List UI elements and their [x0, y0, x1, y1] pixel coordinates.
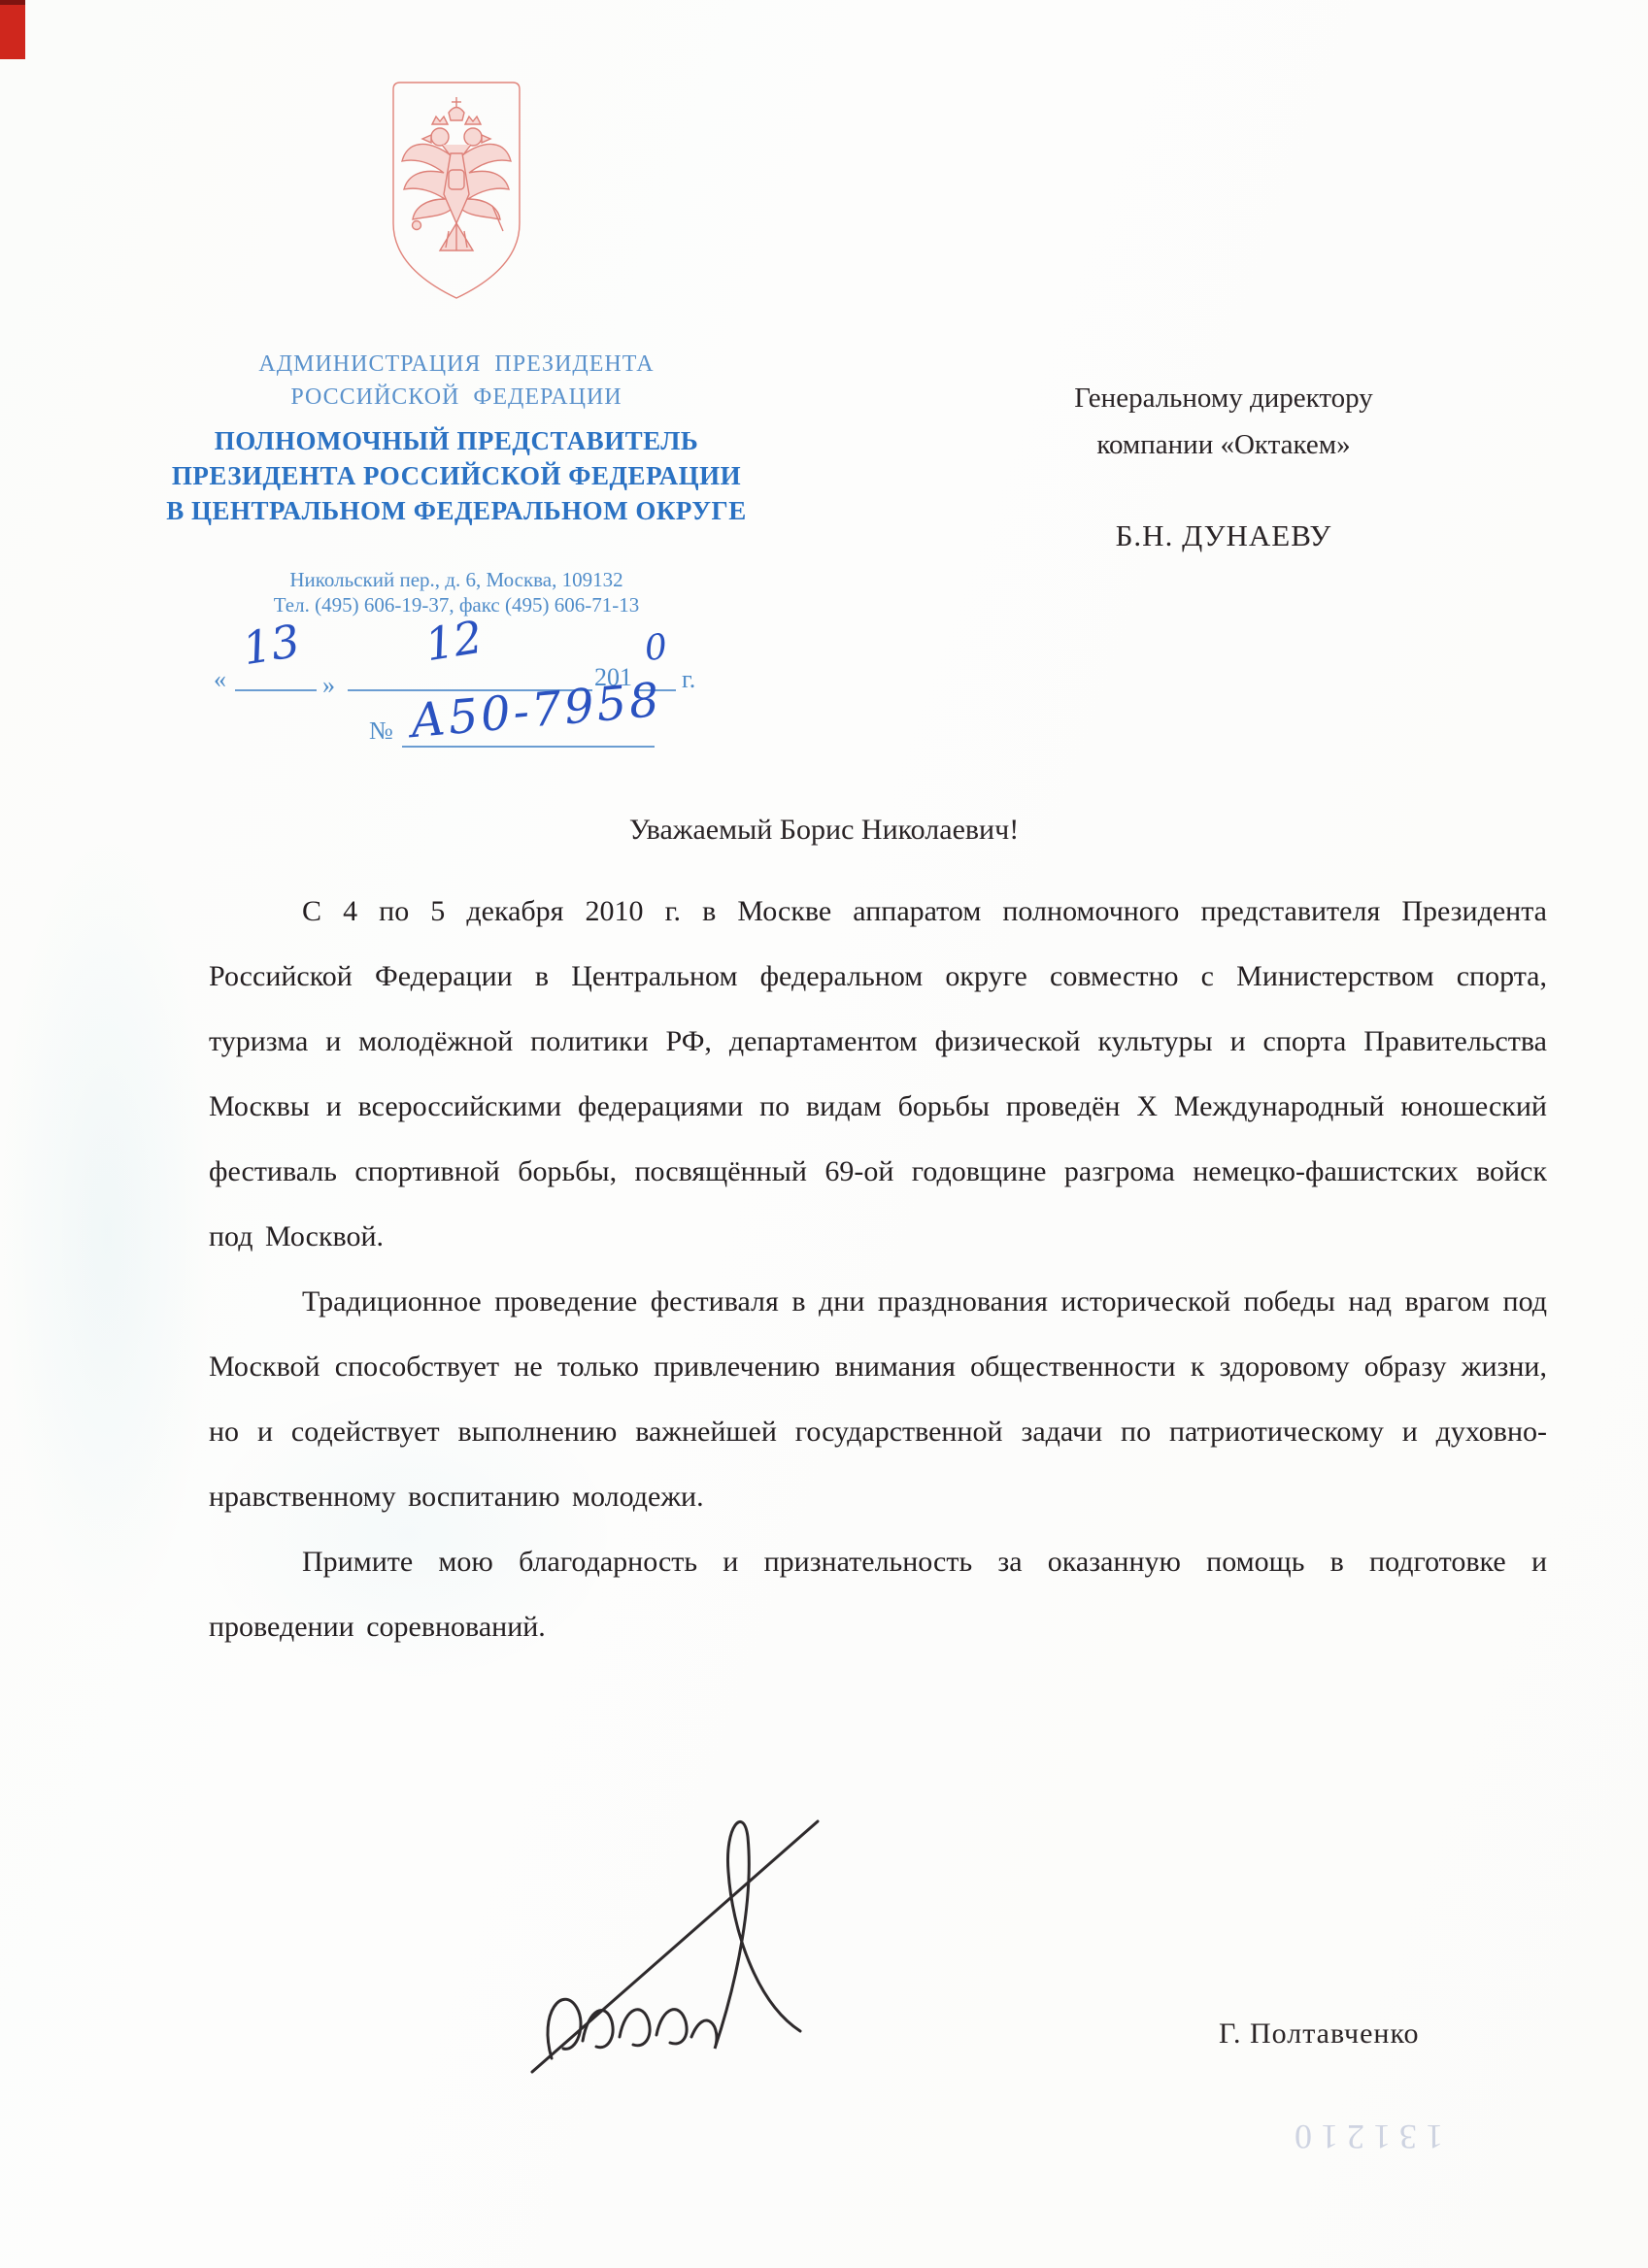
- office-title-line2: ПРЕЗИДЕНТА РОССИЙСКОЙ ФЕДЕРАЦИИ: [146, 458, 767, 493]
- number-line: № А50-7958: [146, 701, 728, 769]
- stamp-number: 131210: [1258, 2117, 1471, 2157]
- org-name-line1: АДМИНИСТРАЦИЯ ПРЕЗИДЕНТА: [146, 348, 767, 381]
- date-close-quote: »: [322, 671, 335, 700]
- handwritten-day: 13: [239, 615, 303, 675]
- number-label: №: [369, 717, 393, 746]
- signer-name: Г. Полтавченко: [1219, 2018, 1420, 2051]
- date-open-quote: «: [214, 665, 226, 694]
- year-suffix: г.: [682, 665, 695, 694]
- letterhead: АДМИНИСТРАЦИЯ ПРЕЗИДЕНТА РОССИЙСКОЙ ФЕДЕ…: [146, 78, 767, 617]
- scanned-letter-page: АДМИНИСТРАЦИЯ ПРЕЗИДЕНТА РОССИЙСКОЙ ФЕДЕ…: [0, 0, 1648, 2268]
- addressee-block: Генеральному директору компании «Октакем…: [991, 375, 1457, 553]
- handwritten-signature-icon: [524, 1804, 845, 2085]
- scan-stain: [0, 835, 214, 1631]
- scan-corner-artifact: [0, 0, 25, 59]
- office-title-line1: ПОЛНОМОЧНЫЙ ПРЕДСТАВИТЕЛЬ: [146, 423, 767, 458]
- body-paragraph-1: С 4 по 5 декабря 2010 г. в Москве аппара…: [209, 879, 1547, 1269]
- body-paragraph-2: Традиционное проведение фестиваля в дни …: [209, 1269, 1547, 1529]
- handwritten-month: 12: [421, 611, 486, 671]
- addressee-line2: компании «Октакем»: [991, 421, 1457, 468]
- letterhead-address: Никольский пер., д. 6, Москва, 109132: [146, 567, 767, 592]
- office-title-line3: В ЦЕНТРАЛЬНОМ ФЕДЕРАЛЬНОМ ОКРУГЕ: [146, 493, 767, 528]
- body-paragraph-3: Примите мою благодарность и признательно…: [209, 1529, 1547, 1659]
- org-name-line2: РОССИЙСКОЙ ФЕДЕРАЦИИ: [146, 381, 767, 414]
- russian-coat-of-arms-icon: [387, 78, 525, 303]
- date-day-blank: [235, 689, 317, 691]
- addressee-name: Б.Н. ДУНАЕВУ: [991, 518, 1457, 553]
- salutation: Уважаемый Борис Николаевич!: [0, 814, 1648, 847]
- addressee-line1: Генеральному директору: [991, 375, 1457, 421]
- letter-body: С 4 по 5 декабря 2010 г. в Москве аппара…: [209, 879, 1547, 1659]
- handwritten-year-digit: 0: [643, 627, 669, 669]
